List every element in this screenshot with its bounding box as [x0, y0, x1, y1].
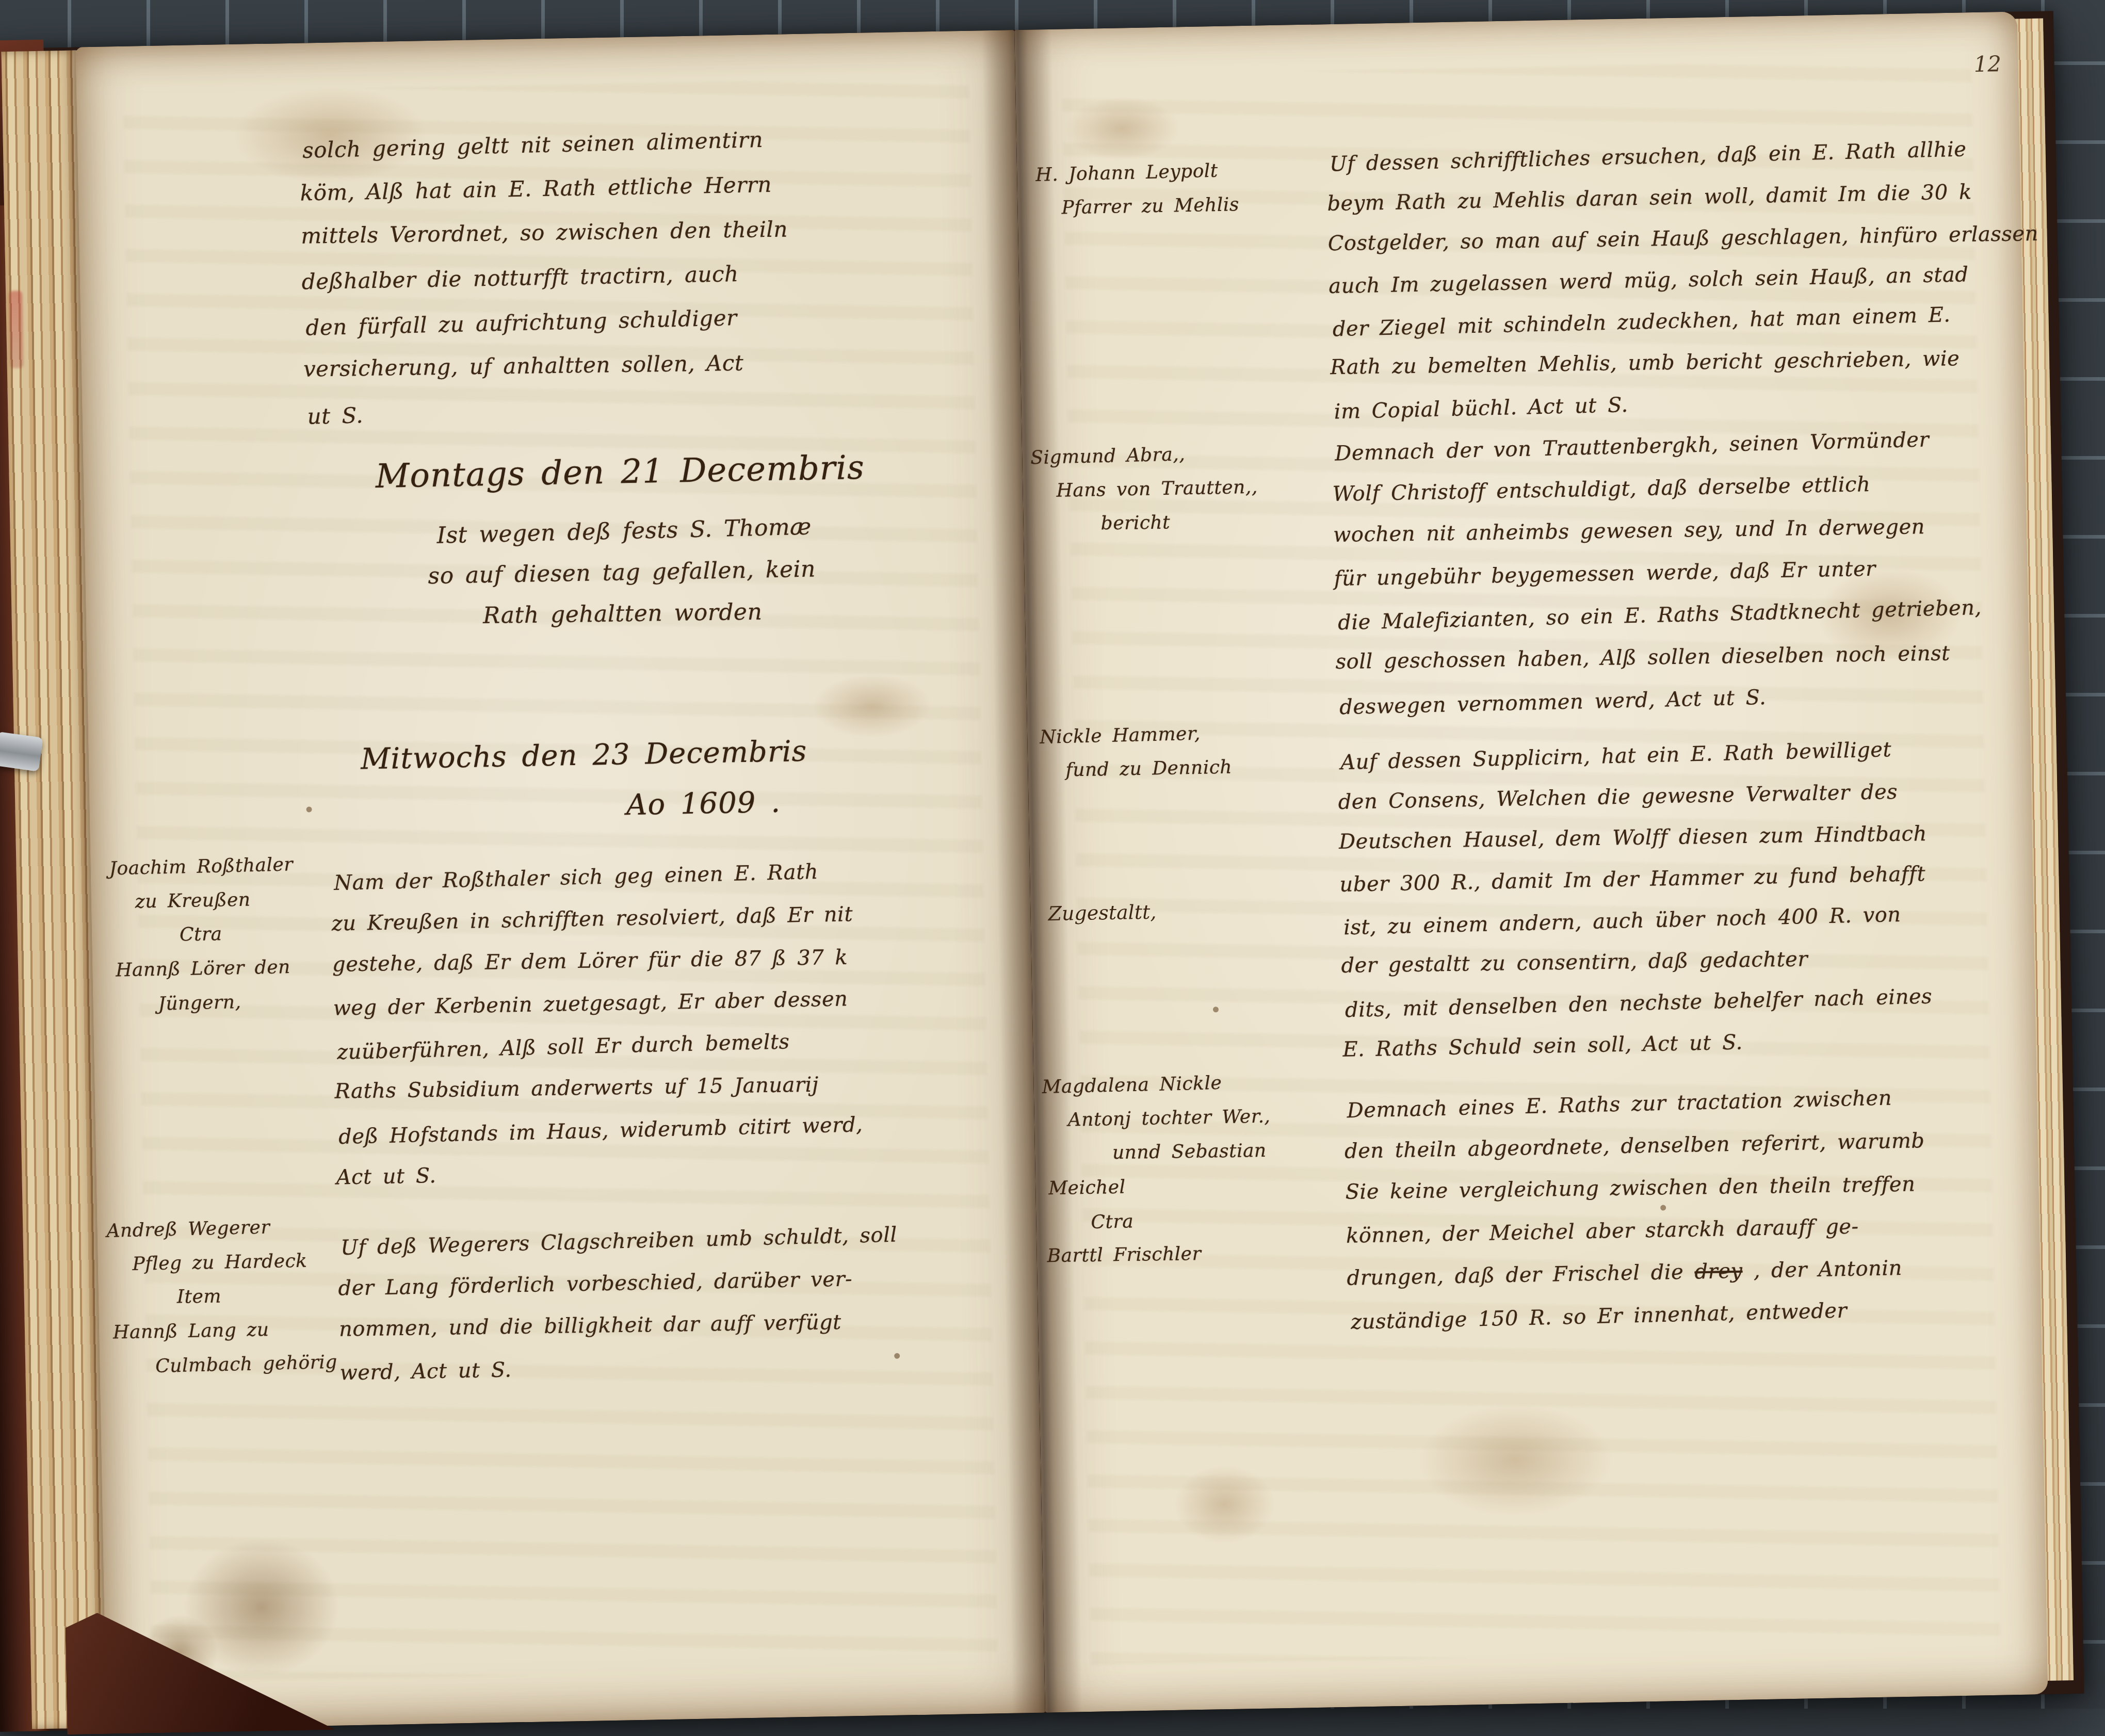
speck: [1213, 1007, 1219, 1012]
margin-note-wegerer: Andreß WegererPfleg zu HardeckItemHannß …: [103, 1209, 344, 1384]
manuscript-line: Ctra: [1091, 1199, 1349, 1240]
manuscript-line: Culmbach gehörig: [155, 1345, 347, 1384]
margin-note-nickle: Magdalena NickleAntonj tochter Wer.,unnd…: [1039, 1064, 1347, 1274]
manuscript-line: Pfleg zu Hardeck: [132, 1243, 342, 1281]
manuscript-book: solch gering geltt nit seinen alimentirn…: [0, 11, 2084, 1709]
margin-note-rosthaler: Joachim Roßthalerzu KreußenCtraHannß Lör…: [106, 848, 336, 1022]
manuscript-line: Magdalena Nickle: [1042, 1063, 1347, 1105]
entry-body-leypolt: Uf dessen schrifftliches ersuchen, daß e…: [1326, 129, 2022, 431]
manuscript-line: zu Kreußen: [135, 882, 334, 919]
manuscript-line: H. Johann Leypolt: [1035, 151, 1340, 192]
entry-body-rosthaler: Nam der Roßthaler sich geg einen E. Rath…: [330, 848, 1028, 1198]
manuscript-line: Hannß Lang zu: [112, 1311, 343, 1350]
left-page: solch gering geltt nit seinen alimentirn…: [75, 30, 1045, 1709]
manuscript-line: Nickle Hammer,: [1039, 713, 1344, 755]
page-number: 12: [1973, 51, 2001, 77]
manuscript-line: Meichel: [1048, 1166, 1346, 1206]
entry-body-hammer: Auf dessen Supplicirn, hat ein E. Rath b…: [1337, 727, 2034, 1070]
manuscript-line: Jüngern,: [158, 983, 339, 1021]
manuscript-line: Item: [176, 1278, 342, 1314]
manuscript-line: fund zu Dennich: [1065, 749, 1342, 788]
stain: [1380, 1381, 1650, 1540]
manuscript-line: Hannß Lörer den: [116, 950, 335, 988]
right-page: 12 H. Johann LeypoltPfarrer zu Mehlis Uf…: [1014, 12, 2048, 1709]
manuscript-line: Pfarrer zu Mehlis: [1061, 186, 1338, 225]
entry-body-wegerer: Uf deß Wegerers Clagschreiben umb schuld…: [337, 1212, 1031, 1394]
margin-note-leypolt: H. Johann LeypoltPfarrer zu Mehlis: [1032, 152, 1338, 226]
manuscript-line: Barttl Frischler: [1047, 1235, 1347, 1273]
margin-note-hammer: Nickle Hammer,fund zu Dennich: [1037, 715, 1342, 788]
entry-body-nickle-lines: Demnach eines E. Raths zur tractation zw…: [1343, 1075, 2038, 1257]
strike-line-pre: drungen, daß der Frischel die: [1347, 1260, 1695, 1290]
heading-year: Ao 1609 .: [311, 780, 1096, 828]
entry-body-nickle: Demnach eines E. Raths zur tractation zw…: [1343, 1075, 2039, 1341]
monday-note: Ist wegen deß fests S. Thomæso auf diese…: [218, 504, 1025, 642]
manuscript-line: Andreß Wegerer: [106, 1209, 344, 1248]
entry-body-trautten: Demnach der von Trauttenbergkh, seinen V…: [1331, 418, 2028, 726]
manuscript-line: mittels Verordnet, so zwischen den theil…: [301, 204, 977, 258]
red-edge-mark: [9, 290, 24, 368]
heading-monday: Montags den 21 Decembris: [217, 446, 1023, 499]
manuscript-line: Hans von Trautten,,: [1056, 469, 1333, 508]
margin-note-zugestaltt: Zugestaltt,: [1048, 900, 1157, 925]
manuscript-line: Joachim Roßthaler: [109, 847, 336, 886]
manuscript-line: bericht: [1100, 504, 1333, 541]
left-opening-paragraph: solch gering geltt nit seinen alimentirn…: [299, 115, 980, 437]
manuscript-line: unnd Sebastian: [1112, 1133, 1345, 1170]
manuscript-line: Ctra: [180, 916, 335, 952]
stain: [1154, 1449, 1296, 1560]
metal-clasp: [0, 732, 43, 772]
heading-wednesday: Mitwochs den 23 Decembris: [191, 732, 976, 780]
struck-word: drey: [1694, 1259, 1743, 1284]
manuscript-line: Sigmund Abra,,: [1030, 434, 1335, 475]
margin-note-trautten: Sigmund Abra,,Hans von Trautten,,bericht: [1027, 435, 1334, 543]
manuscript-line: Antonj tochter Wer.,: [1067, 1098, 1344, 1138]
strike-line-post: , der Antonin: [1742, 1256, 1902, 1283]
